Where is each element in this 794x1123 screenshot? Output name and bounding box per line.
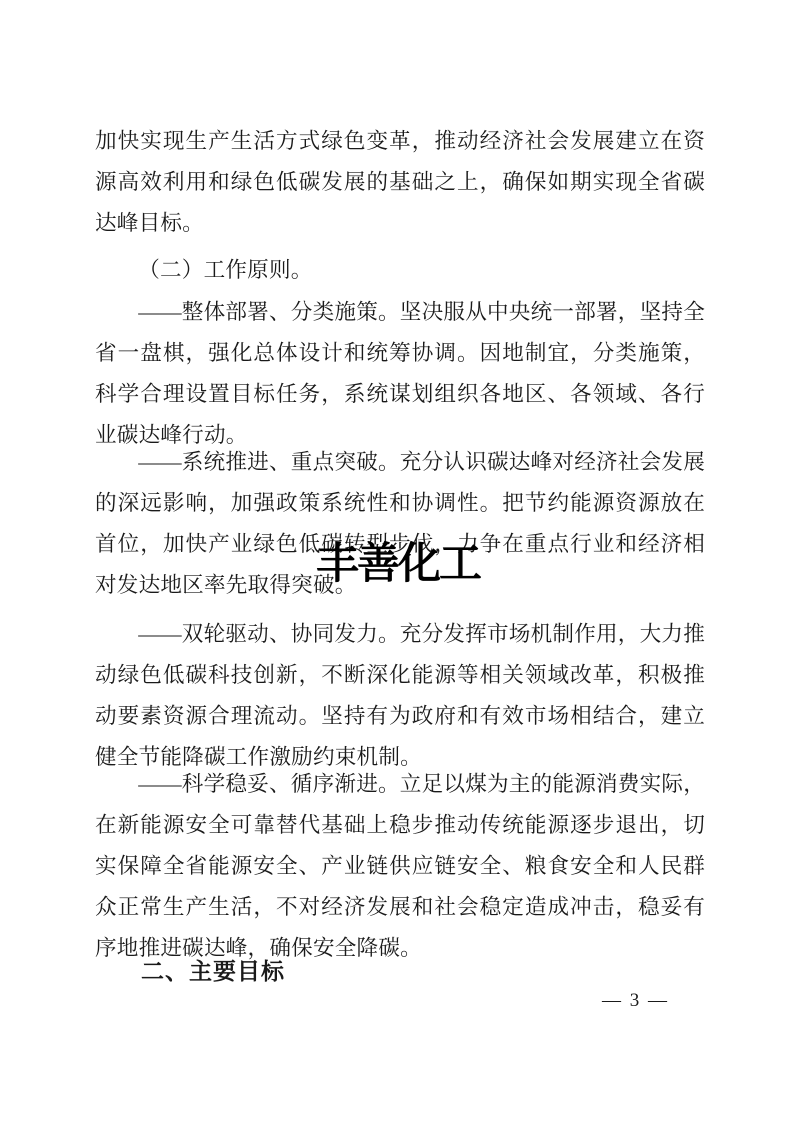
paragraph-overall-deployment: ——整体部署、分类施策。坚决服从中央统一部署，坚持全省一盘棋，强化总体设计和统筹… [95, 292, 705, 456]
paragraph-scientific-prudence: ——科学稳妥、循序渐进。立足以煤为主的能源消费实际，在新能源安全可靠替代基础上稳… [95, 764, 705, 969]
paragraph-dual-wheel-drive: ——双轮驱动、协同发力。充分发挥市场机制作用，大力推动绿色低碳科技创新，不断深化… [95, 614, 705, 778]
page-number: — 3 — [602, 990, 669, 1012]
subheading-work-principles: （二）工作原则。 [95, 250, 705, 291]
document-page: 加快实现生产生活方式绿色变革，推动经济社会发展建立在资源高效利用和绿色低碳发展的… [0, 0, 794, 1123]
watermark-overlay: 丰善化工 [316, 543, 480, 586]
body-paragraph-continuation: 加快实现生产生活方式绿色变革，推动经济社会发展建立在资源高效利用和绿色低碳发展的… [95, 121, 705, 244]
heading-main-goals: 二、主要目标 [95, 951, 705, 992]
